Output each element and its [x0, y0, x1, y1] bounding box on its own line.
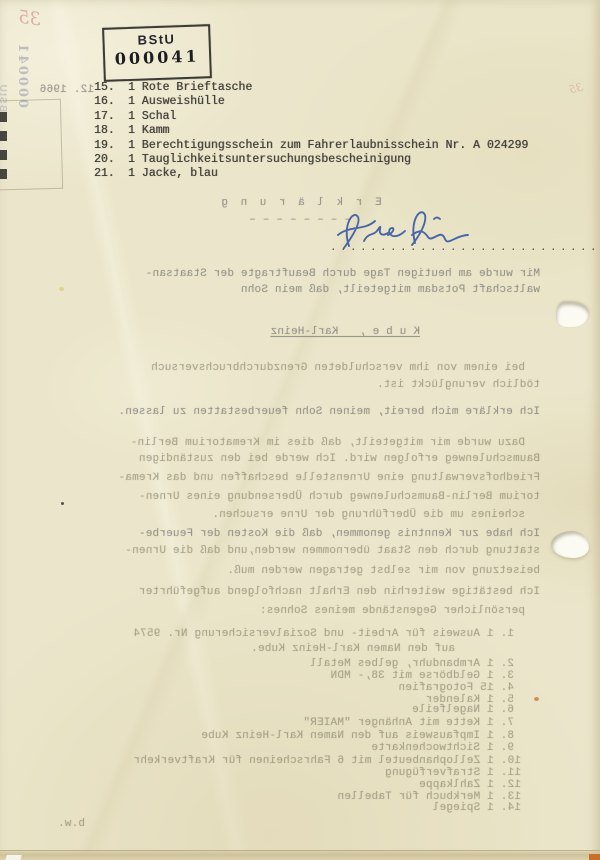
bleed-stamp-label: BStU [0, 52, 8, 112]
typed-list-line: 17.1 Schal [94, 110, 528, 124]
bleed-line: 12. 1966 [40, 84, 94, 97]
bleed-line: 6. 1 Nagelfeile [412, 704, 514, 717]
bleed-stamp-box [0, 99, 63, 192]
bleed-line: 7. 1 Kette mit Anhänger "MAIER" [303, 717, 514, 730]
stain-speck [59, 287, 64, 291]
left-edge-stamp-marks [0, 112, 7, 188]
stain-speck [534, 697, 539, 701]
typed-list-line: 20.1 Tauglichkeitsuntersuchungsbescheini… [94, 153, 528, 167]
bleed-line: 13. 1 Merkbuch für Tabellen [337, 791, 521, 804]
bleed-line: 8. 1 Impfausweis auf den Namen Karl-Hein… [201, 730, 514, 743]
bleed-line: Dazu wurde mir mitgeteilt, daß dies im K… [131, 437, 525, 450]
stamp-page-number: 000041 [105, 46, 210, 69]
bleed-line: persönlicher Gegenstände meines Sohnes: [260, 605, 525, 618]
scan-bottom-edge [0, 850, 600, 860]
bleed-line: bei einem von ihm verschuldeten Grenzdur… [151, 362, 525, 375]
signature-dotted-line: .............................. [330, 242, 600, 254]
typed-inventory-list: 15.1 Rote Brieftasche16.1 Ausweishülle17… [94, 81, 528, 182]
bleed-line: 3. 1 Geldbörse mit 38,- MDN [330, 670, 514, 683]
handwritten-page-number: 35 [17, 7, 43, 31]
bleed-line: scheines um die Überführung der Urne ers… [212, 509, 525, 522]
ink-speck [61, 502, 64, 505]
bleed-line: Friedhofsverwaltung eine Urnenstelle bes… [118, 472, 540, 485]
bleed-line: Ich erkläre mich bereit, meinen Sohn feu… [118, 406, 540, 419]
bleed-line: 10. 1 Zellophanbeutel mit 6 Fahrscheinen… [133, 755, 521, 768]
bleed-line: 2. 1 Armbanduhr, gelbes Metall [310, 658, 514, 671]
bleed-line: 14. 1 Spiegel [433, 802, 521, 815]
bleed-line: stattung durch den Staat übernommen werd… [125, 545, 540, 558]
typed-list-line: 18.1 Kamm [94, 124, 528, 138]
bleed-line: 11. 1 Strafverfügung [385, 767, 521, 780]
typed-list-line: 15.1 Rote Brieftasche [94, 81, 528, 95]
bstu-archive-stamp: BStU 000041 [102, 24, 212, 82]
bleed-line: b.w. [58, 818, 85, 831]
bleed-line: auf den Namen Karl-Heinz Kube. [251, 643, 455, 656]
bleed-line: Baumschulenweg erfolgen wird. Ich werde … [139, 453, 540, 466]
bleed-line: beisetzung von mir selbst getragen werde… [227, 565, 540, 578]
typed-list-line: 21.1 Jacke, blau [94, 167, 528, 181]
bleed-line: 12. 1 Zahlkappe [419, 779, 521, 792]
bleed-line: Ich habe zur Kenntnis genommen, daß die … [139, 528, 540, 541]
bleed-line: 1. 1 Ausweis für Arbeit- und Sozialversi… [133, 628, 514, 641]
bleed-line: tödlich verunglückt ist. [377, 379, 540, 392]
bleed-line: 9. 1 Sichtwochenkarte [371, 742, 514, 755]
typed-list-line: 16.1 Ausweishülle [94, 95, 528, 109]
bleed-line: Mir wurde am heutigen Tage durch Beauftr… [146, 268, 540, 281]
bleed-stamp-number: 000041 [10, 28, 30, 108]
paper-hole [551, 531, 589, 558]
bottom-edge-notch [5, 855, 22, 860]
bleed-line: 5. 1 Kalender [426, 694, 514, 707]
bleed-line: K u b e , Karl-Heinz [270, 326, 420, 339]
margin-mark: 35 [568, 80, 585, 96]
document-scan-page: E r k l ä r u n g– – – – – – – –12. 1966… [0, 0, 600, 860]
bleed-line: torium Berlin-Baumschulenweg durch Übers… [139, 491, 540, 504]
paper-hole [557, 302, 589, 327]
typed-list-line: 19.1 Berechtigungsschein zum Fahrerlaubn… [94, 139, 528, 153]
bleed-line: Ich bestätige weiterhin den Erhalt nachf… [139, 586, 540, 599]
bleed-line: 4. 15 Fotografien [398, 682, 514, 695]
bottom-corner-fragment [589, 854, 600, 860]
bleed-line: waltschaft Potsdam mitgeteilt, daß mein … [241, 284, 540, 297]
